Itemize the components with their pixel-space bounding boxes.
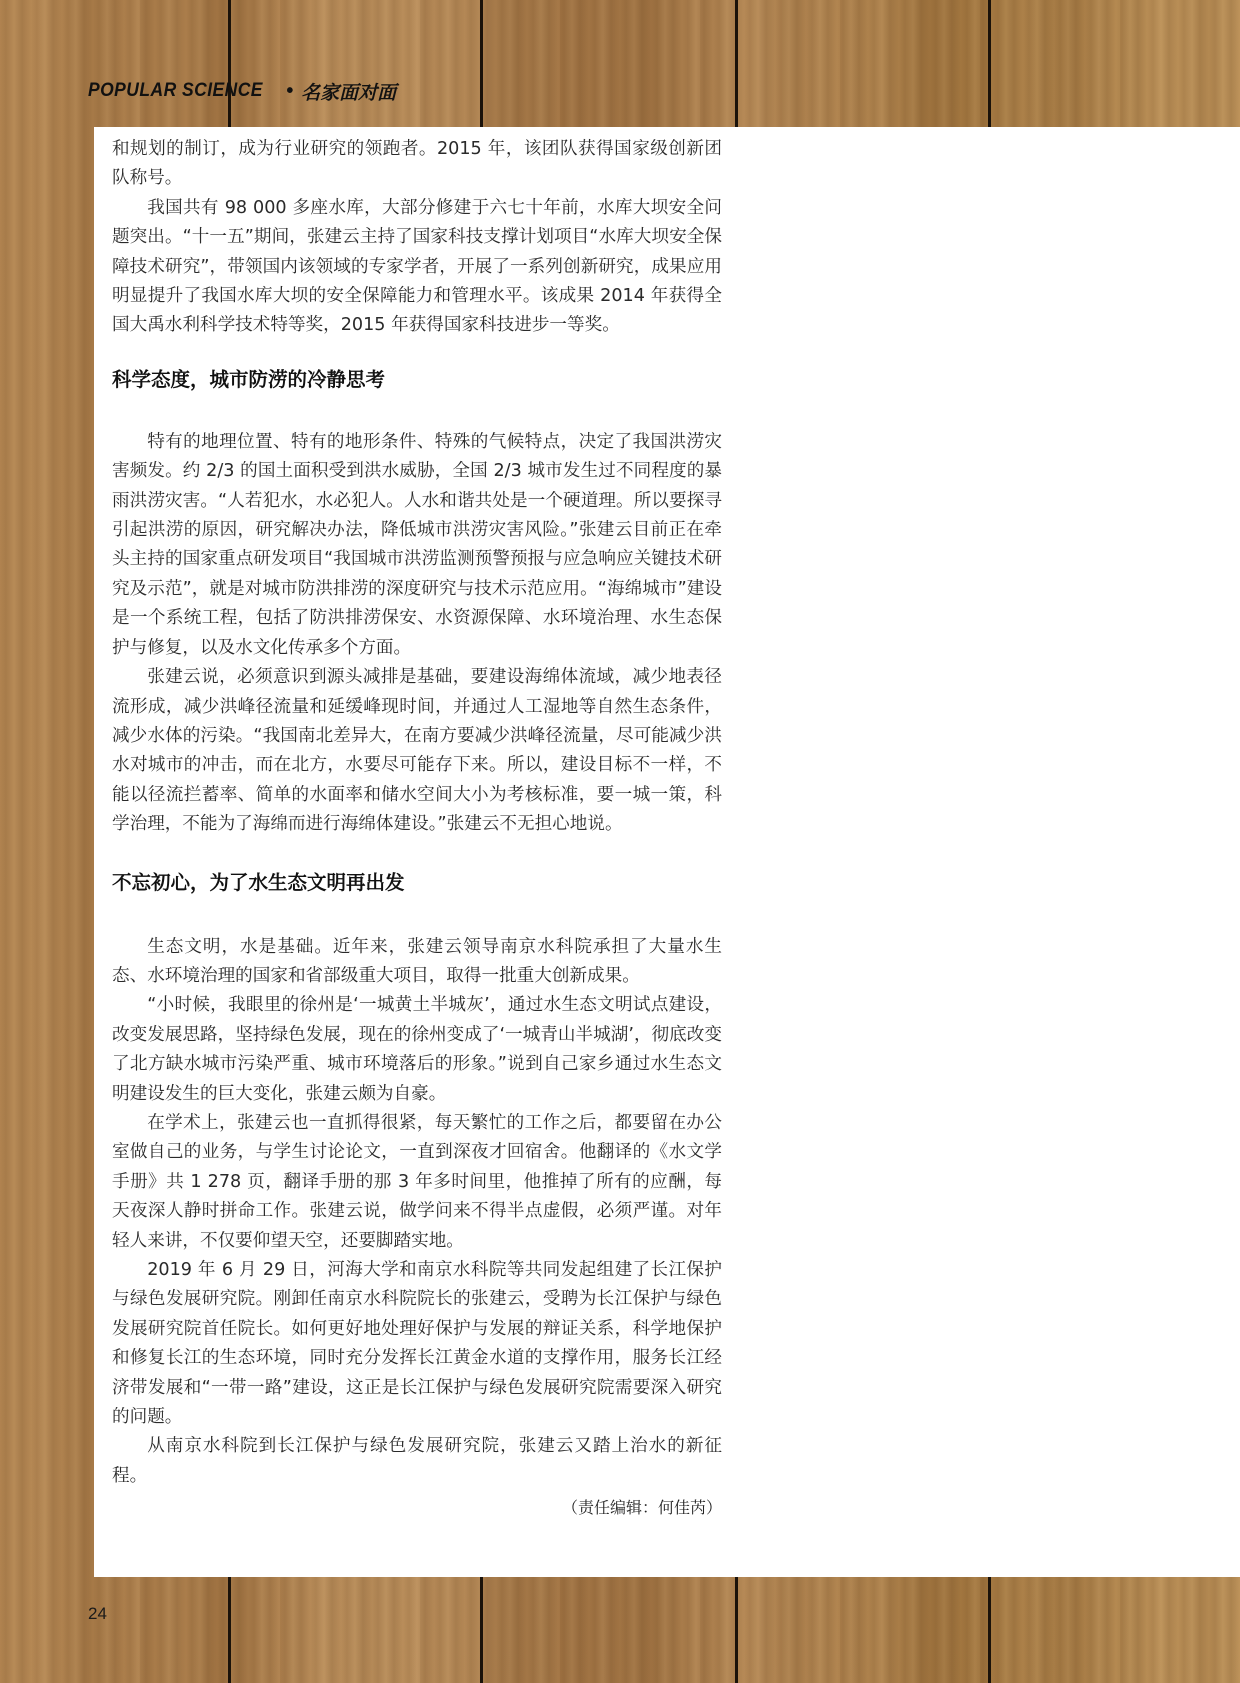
paragraph: 生态文明，水是基础。近年来，张建云领导南京水科院承担了大量水生态、水环境治理的国…	[112, 933, 722, 992]
magazine-brand: POPULAR SCIENCE	[88, 80, 263, 102]
article-body: 和规划的制订，成为行业研究的领跑者。2015 年，该团队获得国家级创新团队称号。…	[112, 135, 722, 1523]
running-header: POPULAR SCIENCE • 名家面对面	[88, 76, 396, 106]
paragraph: 从南京水科院到长江保护与绿色发展研究院，张建云又踏上治水的新征程。	[112, 1432, 722, 1491]
paragraph: 我国共有 98 000 多座水库，大部分修建于六七十年前，水库大坝安全问题突出。…	[112, 194, 722, 341]
paragraph: 张建云说，必须意识到源头减排是基础，要建设海绵体流域，减少地表径流形成，减少洪峰…	[112, 663, 722, 839]
paragraph: 和规划的制订，成为行业研究的领跑者。2015 年，该团队获得国家级创新团队称号。	[112, 135, 722, 194]
column-title: 名家面对面	[301, 78, 396, 105]
paragraph: 在学术上，张建云也一直抓得很紧，每天繁忙的工作之后，都要留在办公室做自己的业务，…	[112, 1109, 722, 1256]
page-number: 24	[88, 1604, 107, 1624]
paragraph: “小时候，我眼里的徐州是‘一城黄土半城灰’，通过水生态文明试点建设，改变发展思路…	[112, 991, 722, 1109]
header-separator: •	[286, 80, 293, 103]
editor-credit: （责任编辑：何佳芮）	[112, 1493, 722, 1522]
section-heading: 科学态度，城市防涝的冷静思考	[112, 365, 722, 394]
paragraph: 2019 年 6 月 29 日，河海大学和南京水科院等共同发起组建了长江保护与绿…	[112, 1256, 722, 1432]
section-heading: 不忘初心，为了水生态文明再出发	[112, 868, 722, 897]
paragraph: 特有的地理位置、特有的地形条件、特殊的气候特点，决定了我国洪涝灾害频发。约 2/…	[112, 428, 722, 663]
